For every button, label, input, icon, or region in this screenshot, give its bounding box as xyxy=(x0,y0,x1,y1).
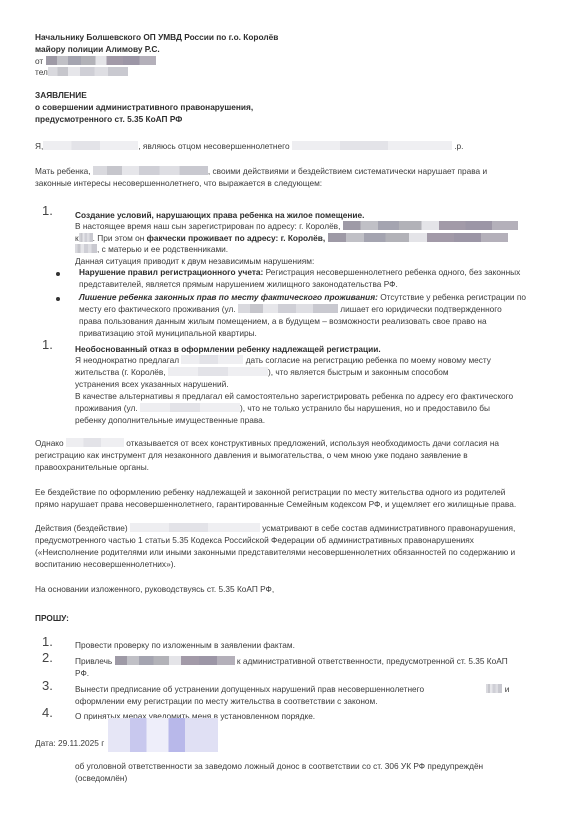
request-3-text-a: Вынести предписание об устранении допуще… xyxy=(75,684,424,694)
bullet-1-title: Нарушение правил регистрационного учета: xyxy=(79,267,263,277)
section-1-heading: Создание условий, нарушающих права ребен… xyxy=(75,210,555,221)
redacted-child-name xyxy=(292,141,452,150)
section-2-line-5: проживания (ул. ), что не только устрани… xyxy=(75,403,555,414)
redacted-name xyxy=(181,355,243,364)
section-2-line-6: ребенку дополнительные имущественные пра… xyxy=(75,415,555,426)
section-2-text-c: жительства (г. Королёв, xyxy=(75,367,166,377)
request-heading: ПРОШУ: xyxy=(35,613,69,624)
redacted-apartment-2 xyxy=(75,244,97,253)
bullet-icon xyxy=(56,272,60,276)
section-1-line-1: В настоящее время наш сын зарегистрирова… xyxy=(75,221,555,232)
paragraph-1-line-1: Однако отказывается от всех конструктивн… xyxy=(35,438,555,449)
request-2-number: 2. xyxy=(42,652,53,663)
bullet-1-line-2: представителей, является прямым нарушени… xyxy=(79,279,555,290)
request-3-line-1: Вынести предписание об устранении допуще… xyxy=(75,684,555,695)
redacted-phone xyxy=(48,67,128,76)
redacted-actual-address xyxy=(328,233,508,242)
p3-text-b: усматривают в себе состав административн… xyxy=(262,523,515,533)
request-4-number: 4. xyxy=(42,707,53,718)
from-line: от xyxy=(35,56,156,67)
bullet-2-line-1: Лишение ребенка законных прав по месту ф… xyxy=(79,292,555,303)
redacted-street xyxy=(238,304,338,313)
mother-line-2: законные интересы несовершеннолетнего, ч… xyxy=(35,178,555,189)
mother-line-1: Мать ребенка, , своими действиями и безд… xyxy=(35,166,555,177)
redacted-name xyxy=(130,523,260,532)
intro-suffix: .р. xyxy=(454,141,463,151)
addressee-line-1: Начальнику Болшевского ОП УМВД России по… xyxy=(35,32,278,43)
section-2-line-3: устранения всех указанных нарушений. xyxy=(75,379,555,390)
intro-line: Я,, являюсь отцом несовершеннолетнего .р… xyxy=(35,141,555,152)
section-1-line-4: Данная ситуация приводит к двум независи… xyxy=(75,256,555,267)
paragraph-3-line-1: Действия (бездействие) усматривают в себ… xyxy=(35,523,555,534)
request-1-number: 1. xyxy=(42,636,53,647)
section-2-text-b: дать согласие на регистрацию ребенка по … xyxy=(246,355,491,365)
request-2-line-2: РФ. xyxy=(75,668,555,679)
paragraph-2-line-2: прямо нарушает права несовершеннолетнего… xyxy=(35,499,555,510)
bullet-2-line-4: приватизацию этой муниципальной квартиры… xyxy=(79,328,555,339)
warning-line-1: об уголовной ответственности за заведомо… xyxy=(75,761,555,772)
section-1-line-3: , с матерью и ее родственниками. xyxy=(75,244,555,255)
paragraph-1-line-3: правоохранительные органы. xyxy=(35,462,555,473)
bullet-2-text-b: лишает его юридически подтвержденного xyxy=(340,304,502,314)
p1-text-b: отказывается от всех конструктивных пред… xyxy=(126,438,499,448)
mother-rest: , своими действиями и бездействием систе… xyxy=(208,166,487,176)
intro-prefix: Я, xyxy=(35,141,43,151)
section-1-line-2: к. При этом он факчески проживает по адр… xyxy=(75,233,555,244)
phone-line: тел xyxy=(35,67,128,78)
request-1-text: Провести проверку по изложенным в заявле… xyxy=(75,640,555,651)
redacted-street xyxy=(140,403,240,412)
paragraph-3-line-2: предусмотренного частью 1 статьи 5.35 Ко… xyxy=(35,535,555,546)
paragraph-4: На основании изложенного, руководствуясь… xyxy=(35,584,555,595)
bullet-2-line-2: месту его фактического проживания (ул. л… xyxy=(79,304,555,315)
request-2-line-1: Привлечь к административной ответственно… xyxy=(75,656,555,667)
section-1-text: В настоящее время наш сын зарегистрирова… xyxy=(75,221,340,231)
request-2-text-a: Привлечь xyxy=(75,656,112,666)
paragraph-2-line-1: Ее бездействие по оформлению ребенку над… xyxy=(35,487,555,498)
mother-prefix: Мать ребенка, xyxy=(35,166,91,176)
redacted-mother-name xyxy=(93,166,208,175)
redacted-apartment xyxy=(79,233,93,242)
bullet-2-text: Отсутствие у ребенка регистрации по xyxy=(378,292,526,302)
section-2-text-e: проживания (ул. xyxy=(75,403,138,413)
bullet-2-title: Лишение ребенка законных прав по месту ф… xyxy=(79,292,378,302)
section-1-number: 1. xyxy=(42,205,53,216)
redacted-signature xyxy=(108,718,218,752)
redacted-address xyxy=(168,367,268,376)
paragraph-1-line-2: регистрацию как инструмент для незаконно… xyxy=(35,450,555,461)
document-title: ЗАЯВЛЕНИЕ xyxy=(35,90,87,101)
section-1-bold: факчески проживает по адресу: г. Королёв… xyxy=(147,233,326,243)
bullet-2-line-3: права пользования данным жилым помещение… xyxy=(79,316,555,327)
redacted-name xyxy=(66,438,124,447)
section-1-mid: . При этом он xyxy=(93,233,147,243)
document-subtitle-1: о совершении административного правонару… xyxy=(35,102,253,113)
date-line: Дата: 29.11.2025 г xyxy=(35,738,104,749)
section-2-text-a: Я неоднократно предлагал xyxy=(75,355,179,365)
addressee-line-2: майору полиции Алимову Р.С. xyxy=(35,44,160,55)
request-3-number: 3. xyxy=(42,680,53,691)
paragraph-3-line-4: воспитанию несовершеннолетних»). xyxy=(35,559,555,570)
section-2-line-2: жительства (г. Королёв, ), что является … xyxy=(75,367,555,378)
bullet-1-text: Регистрация несовершеннолетнего ребенка … xyxy=(263,267,520,277)
p3-text-a: Действия (бездействие) xyxy=(35,523,128,533)
request-3-text-b: и xyxy=(505,684,510,694)
document-subtitle-2: предусмотренного ст. 5.35 КоАП РФ xyxy=(35,114,182,125)
bullet-icon xyxy=(56,297,60,301)
paragraph-3-line-3: («Неисполнение родителями или иными зако… xyxy=(35,547,555,558)
redacted-name xyxy=(486,684,502,693)
request-2-text-b: к административной ответственности, пред… xyxy=(237,656,508,666)
phone-label: тел xyxy=(35,67,48,77)
warning-line-2: (осведомлён) xyxy=(75,773,555,784)
section-2-heading: Необоснованный отказ в оформлении ребенк… xyxy=(75,344,555,355)
section-2-text-f: ), что не только устранило бы нарушения,… xyxy=(240,403,490,413)
intro-middle: , являюсь отцом несовершеннолетнего xyxy=(138,141,289,151)
bullet-2-text-a: месту его фактического проживания (ул. xyxy=(79,304,236,314)
section-2-text-d: ), что является быстрым и законным спосо… xyxy=(268,367,449,377)
p1-text-a: Однако xyxy=(35,438,64,448)
redacted-name xyxy=(115,656,235,665)
redacted-address xyxy=(343,221,518,230)
request-3-line-2: оформлении ему регистрации по месту жите… xyxy=(75,696,555,707)
section-2-line-4: В качестве альтернативы я предлагал ей с… xyxy=(75,391,555,402)
from-label: от xyxy=(35,56,43,66)
redacted-father-name xyxy=(43,141,138,150)
bullet-1-line-1: Нарушение правил регистрационного учета:… xyxy=(79,267,555,278)
redacted-name xyxy=(46,56,156,65)
section-2-number: 1. xyxy=(42,339,53,350)
section-1-text-3: , с матерью и ее родственниками. xyxy=(97,244,228,254)
section-2-line-1: Я неоднократно предлагал дать согласие н… xyxy=(75,355,555,366)
